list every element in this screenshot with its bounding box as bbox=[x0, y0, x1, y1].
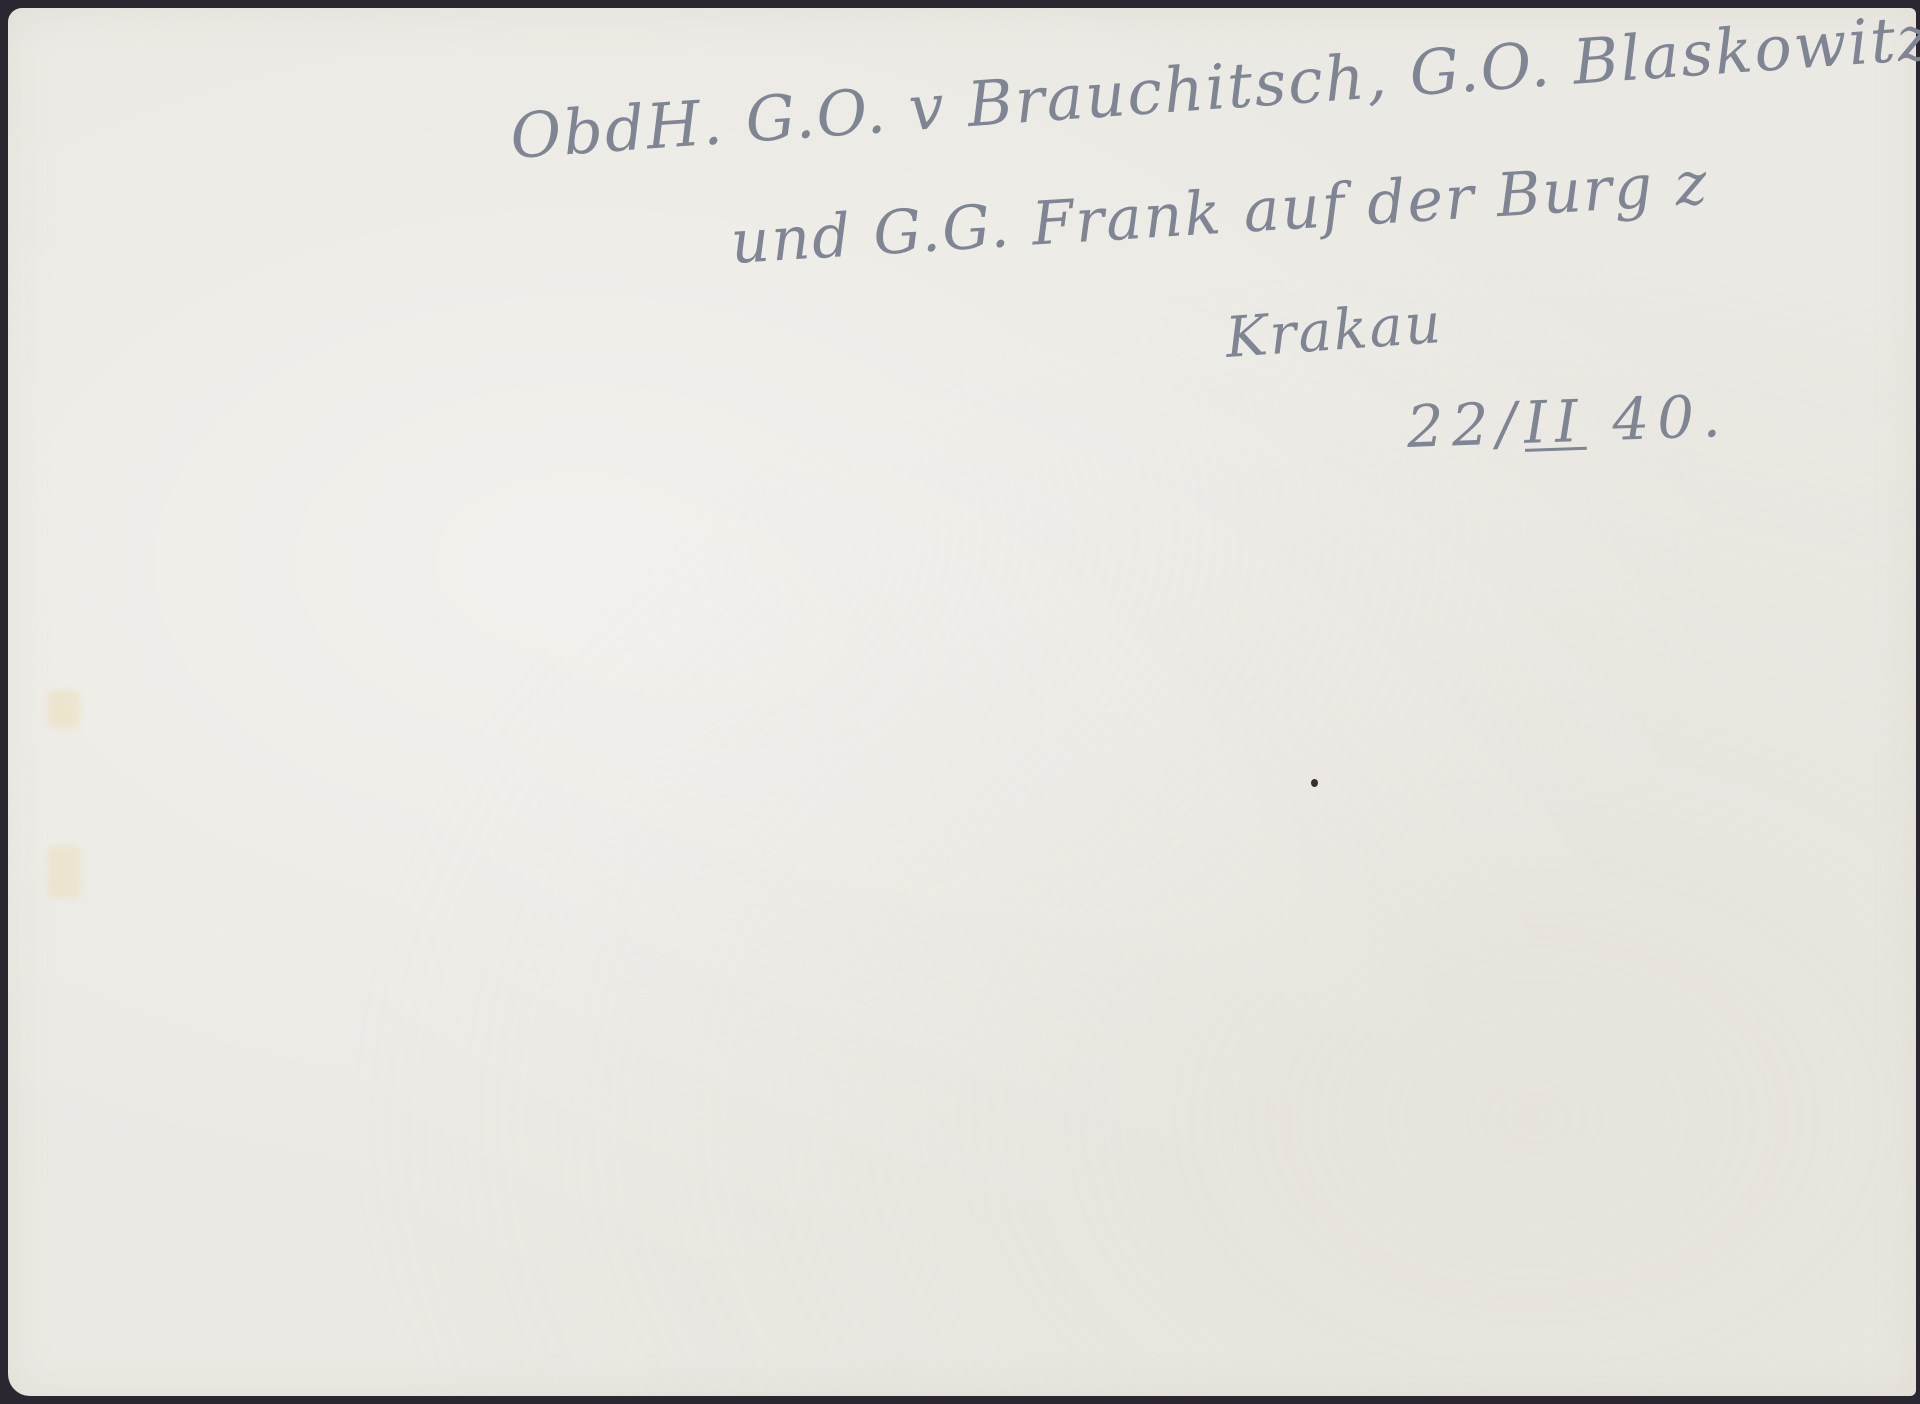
inscription-date: 22/II 40. bbox=[1406, 382, 1730, 461]
paper-stain bbox=[48, 690, 80, 728]
date-year: 40. bbox=[1611, 382, 1730, 454]
ink-dot bbox=[1311, 779, 1318, 787]
inscription-line-2: und G.G. Frank auf der Burg z bbox=[729, 148, 1711, 278]
photo-card-back: ObdH. G.O. v Brauchitsch, G.O. Blaskowit… bbox=[8, 8, 1916, 1396]
paper-stain bbox=[48, 846, 80, 898]
date-month: II bbox=[1523, 387, 1587, 457]
inscription-line-1: ObdH. G.O. v Brauchitsch, G.O. Blaskowit… bbox=[508, 1, 1920, 173]
date-day: 22/ bbox=[1406, 389, 1526, 461]
inscription-line-3: Krakau bbox=[1223, 291, 1444, 371]
